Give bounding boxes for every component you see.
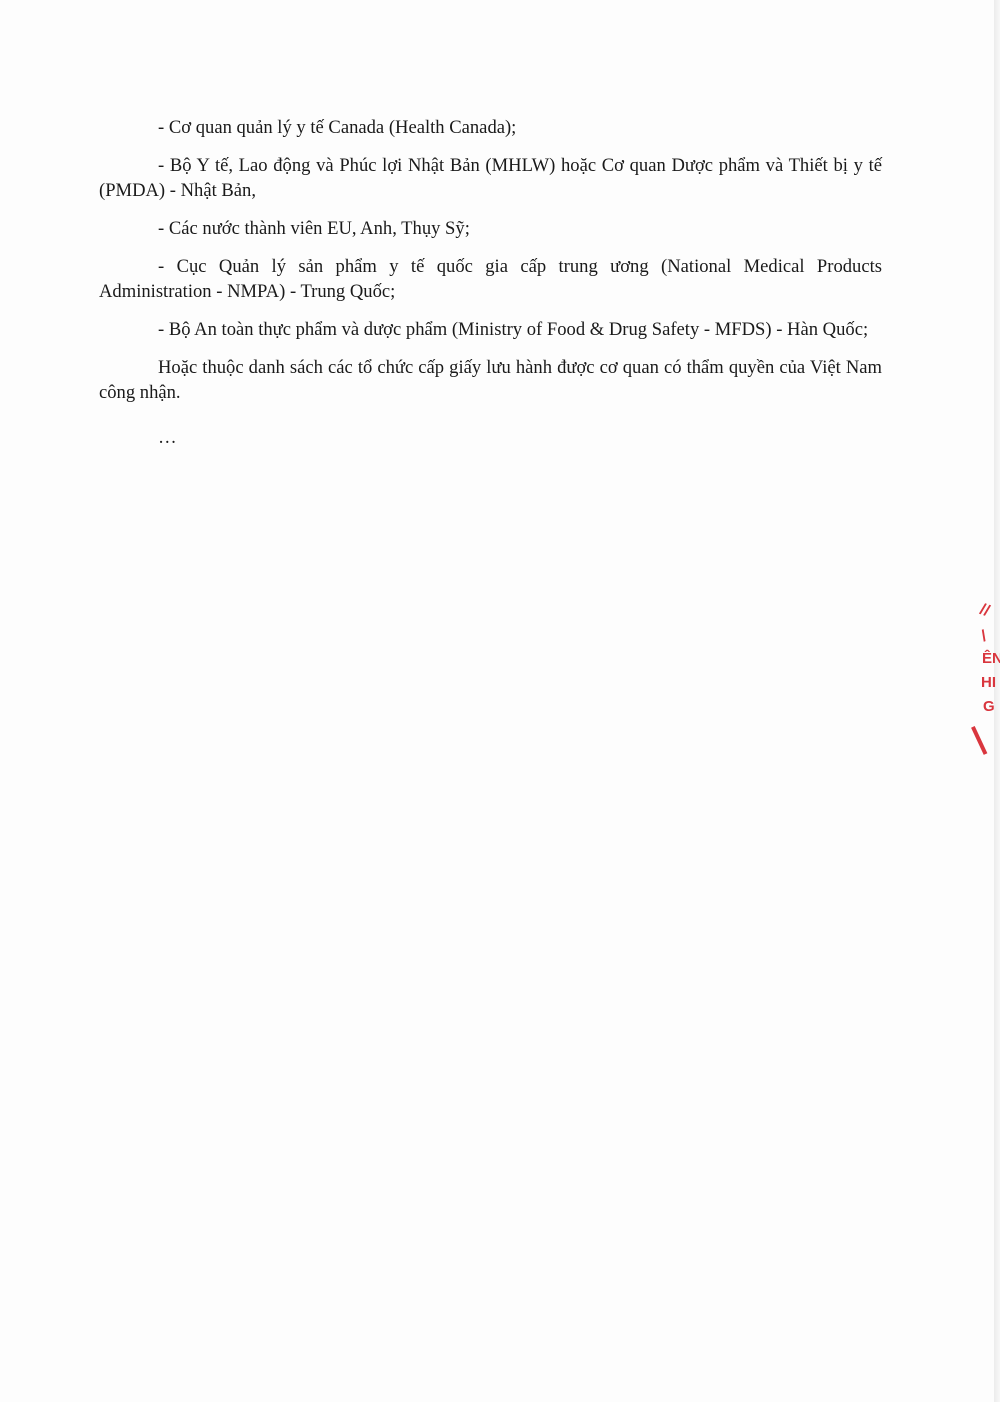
stamp-stroke: / (979, 628, 989, 646)
paragraph-japan-mhlw-pmda: - Bộ Y tế, Lao động và Phúc lợi Nhật Bản… (99, 153, 882, 203)
stamp-stroke: // (977, 601, 992, 621)
document-page: - Cơ quan quản lý y tế Canada (Health Ca… (0, 0, 995, 1402)
paragraph-china-nmpa: - Cục Quản lý sản phẩm y tế quốc gia cấp… (99, 254, 882, 304)
stamp-text-line: ÊN (982, 650, 1000, 667)
paragraph-korea-mfds: - Bộ An toàn thực phẩm và dược phẩm (Min… (99, 317, 882, 342)
continuation-ellipsis: … (99, 425, 882, 450)
document-body: - Cơ quan quản lý y tế Canada (Health Ca… (99, 115, 882, 450)
stamp-text-line: HI (981, 674, 996, 691)
partial-red-stamp: // / ÊN HI G (968, 600, 998, 750)
paragraph-recognized-organizations: Hoặc thuộc danh sách các tổ chức cấp giấ… (99, 355, 882, 405)
stamp-text-line: G (983, 698, 995, 715)
stamp-arc (971, 715, 1000, 755)
paragraph-health-canada: - Cơ quan quản lý y tế Canada (Health Ca… (99, 115, 882, 140)
paragraph-eu-uk-switzerland: - Các nước thành viên EU, Anh, Thụy Sỹ; (99, 216, 882, 241)
